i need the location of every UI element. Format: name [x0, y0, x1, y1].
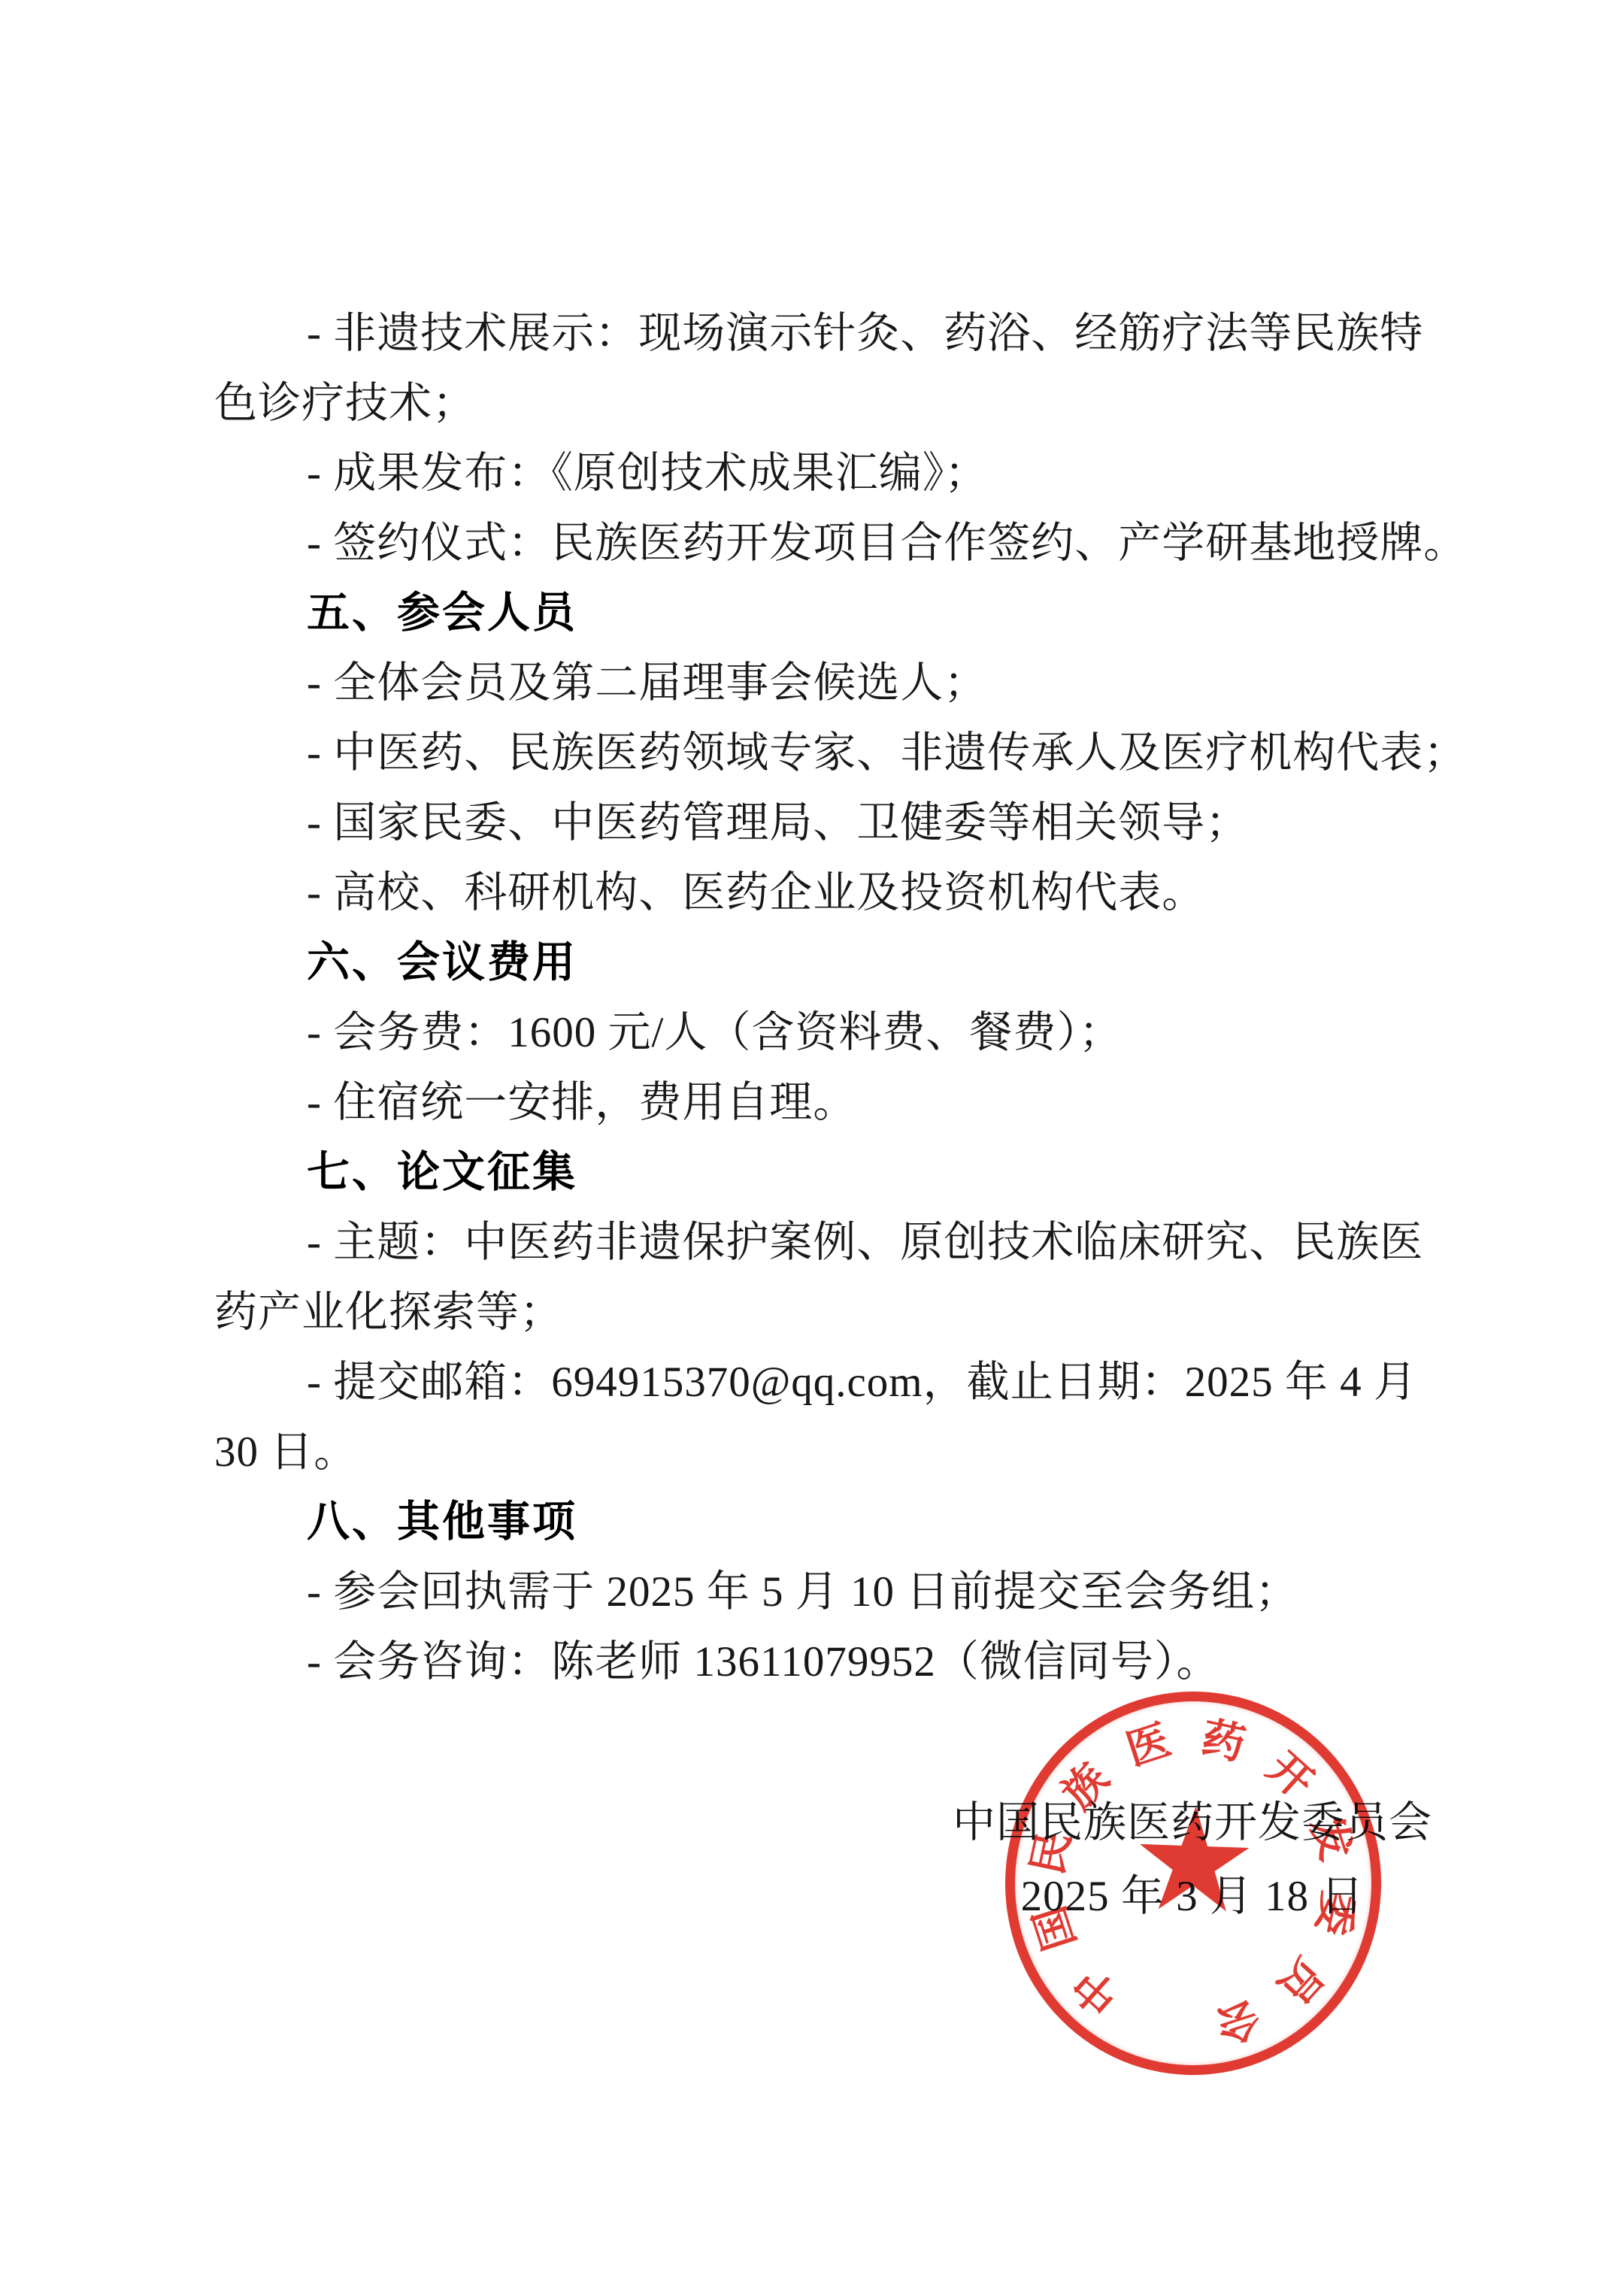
document-line: - 住宿统一安排，费用自理。	[214, 1068, 1496, 1137]
document-line: - 中医药、民族医药领域专家、非遗传承人及医疗机构代表；	[214, 718, 1496, 788]
document-line: 药产业化探索等；	[214, 1277, 1496, 1347]
section-heading: 六、会议费用	[214, 928, 1496, 998]
seal-char: 中	[1065, 1958, 1129, 2022]
document-line: - 非遗技术展示：现场演示针灸、药浴、经筋疗法等民族特	[214, 298, 1496, 368]
signature-org: 中国民族医药开发委员会	[832, 1788, 1553, 1858]
document-page: { "page": { "background": "#ffffff", "te…	[0, 0, 1624, 2296]
document-line: 30 日。	[214, 1417, 1496, 1487]
document-line: - 参会回执需于 2025 年 5 月 10 日前提交至会务组；	[214, 1557, 1496, 1627]
document-line: - 成果发布：《原创技术成果汇编》；	[214, 438, 1496, 508]
section-heading: 八、其他事项	[214, 1487, 1496, 1557]
document-line: - 高校、科研机构、医药企业及投资机构代表。	[214, 858, 1496, 928]
document-line: - 会务咨询：陈老师 13611079952（微信同号）。	[214, 1627, 1496, 1697]
seal-char: 员	[1268, 1948, 1332, 2012]
seal-char: 会	[1210, 1992, 1267, 2049]
seal-char: 医	[1120, 1718, 1177, 1775]
document-line: - 主题：中医药非遗保护案例、原创技术临床研究、民族医	[214, 1207, 1496, 1277]
document-line: - 国家民委、中医药管理局、卫健委等相关领导；	[214, 788, 1496, 858]
document-body: - 非遗技术展示：现场演示针灸、药浴、经筋疗法等民族特色诊疗技术；- 成果发布：…	[214, 298, 1496, 1697]
document-line: - 签约仪式：民族医药开发项目合作签约、产学研基地授牌。	[214, 508, 1496, 578]
document-line: 色诊疗技术；	[214, 368, 1496, 438]
section-heading: 七、论文征集	[214, 1137, 1496, 1207]
signature-date: 2025 年 3 月 18 日	[832, 1861, 1553, 1931]
document-line: - 会务费：1600 元/人（含资料费、餐费）；	[214, 998, 1496, 1068]
document-line: - 全体会员及第二届理事会候选人；	[214, 648, 1496, 718]
signature-block: 中国民族医药开发委员会 2025 年 3 月 18 日	[832, 1788, 1553, 1931]
seal-char: 药	[1196, 1716, 1250, 1769]
section-heading: 五、参会人员	[214, 578, 1496, 648]
document-line: - 提交邮箱：694915370@qq.com，截止日期：2025 年 4 月	[214, 1347, 1496, 1417]
